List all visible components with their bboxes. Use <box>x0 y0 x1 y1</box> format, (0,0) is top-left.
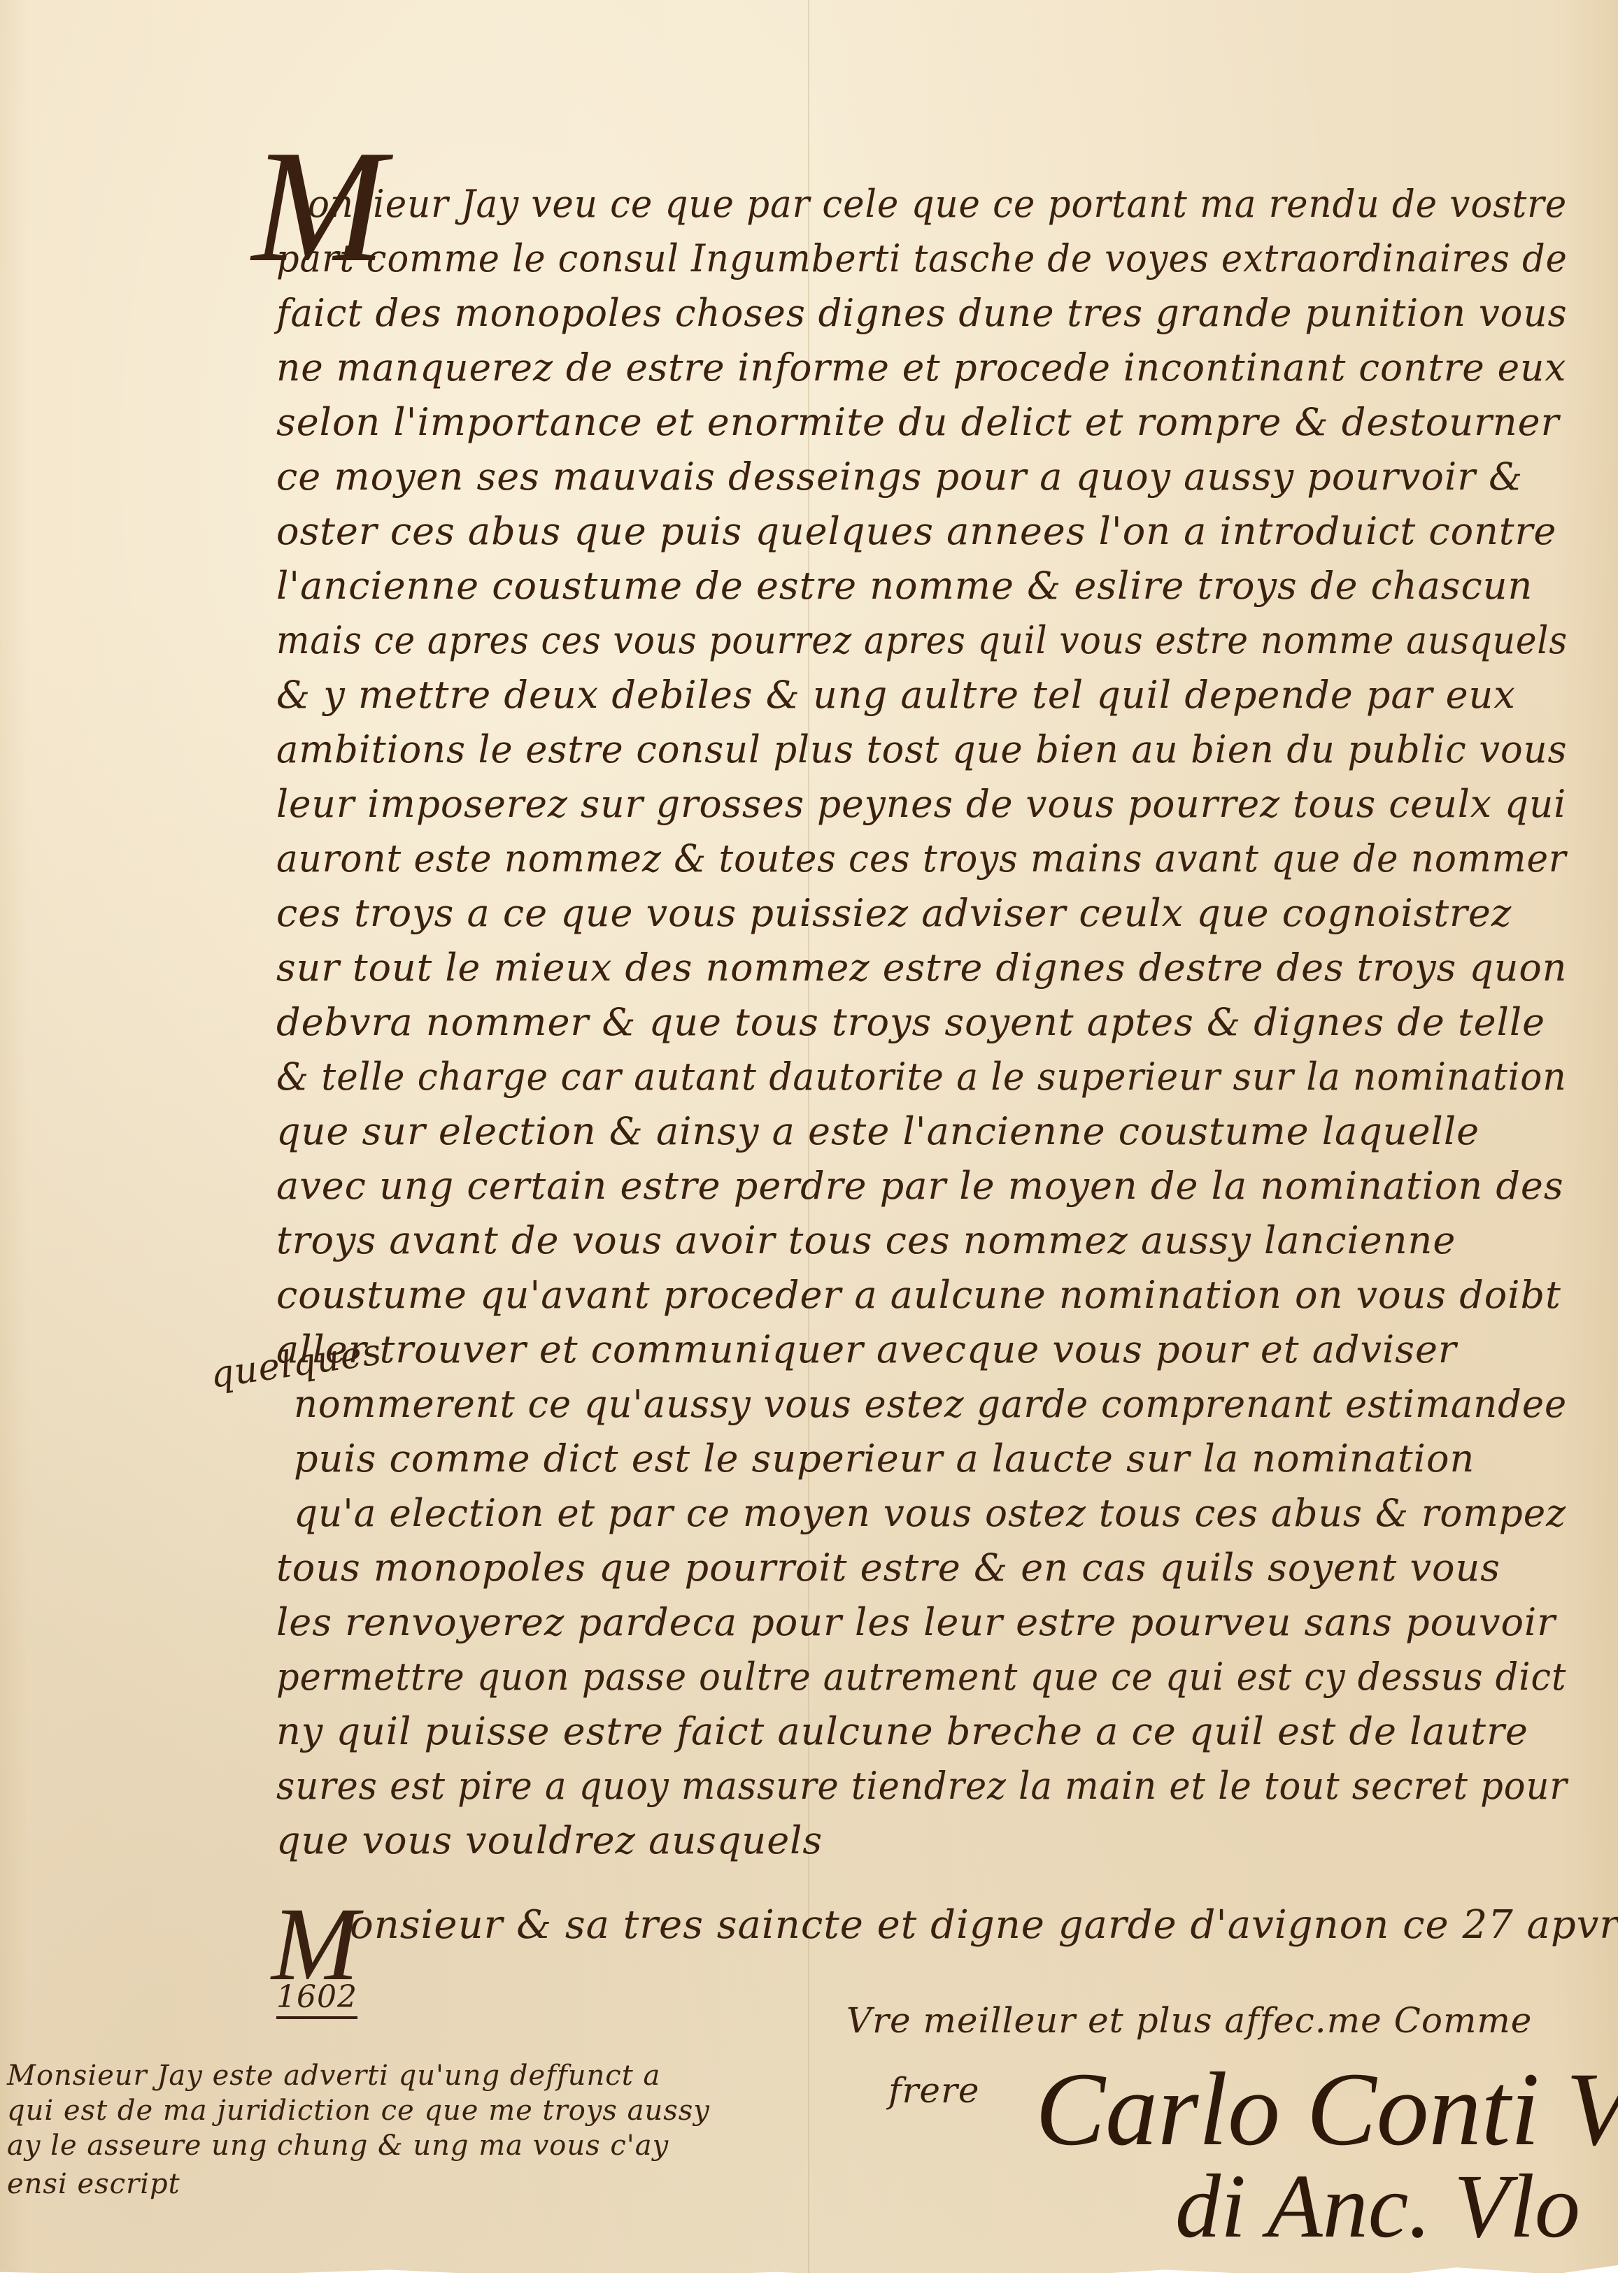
letter-line: & telle charge car autant dautorite a le… <box>276 1055 1567 1099</box>
letter-line: coustume qu'avant proceder a aulcune nom… <box>276 1273 1561 1317</box>
letter-line: leur imposerez sur grosses peynes de vou… <box>276 782 1566 826</box>
letter-line: avec ung certain estre perdre par le moy… <box>276 1164 1564 1208</box>
postscript-line: ay le asseure ung chung & ung ma vous c'… <box>7 2130 669 2162</box>
letter-line: onsieur Jay veu ce que par cele que ce p… <box>308 182 1567 226</box>
letter-line: & y mettre deux debiles & ung aultre tel… <box>276 673 1516 717</box>
letter-line: aller trouver et communiquer avecque vou… <box>276 1327 1457 1371</box>
date-year: 1602 <box>276 1979 357 2019</box>
letter-line: les renvoyerez pardeca pour les leur est… <box>276 1600 1556 1644</box>
letter-line: faict des monopoles choses dignes dune t… <box>276 291 1568 335</box>
letter-line: puis comme dict est le superieur a lauct… <box>294 1436 1475 1481</box>
letter-line: oster ces abus que puis quelques annees … <box>276 509 1556 553</box>
letter-line: que vous vouldrez ausquels <box>276 1818 823 1862</box>
postscript-line: Monsieur Jay este adverti qu'ung deffunc… <box>7 2060 660 2092</box>
letter-line: troys avant de vous avoir tous ces nomme… <box>276 1218 1456 1262</box>
letter-line: debvra nommer & que tous troys soyent ap… <box>276 1000 1545 1044</box>
letter-line: l'ancienne coustume de estre nomme & esl… <box>276 564 1533 608</box>
signature-name: Carlo Conti Vesc. <box>1035 2049 1618 2169</box>
valediction-line: Vre meilleur et plus affec.me Comme <box>846 2000 1532 2041</box>
letter-line: sures est pire a quoy massure tiendrez l… <box>276 1764 1568 1808</box>
letter-line: ambitions le estre consul plus tost que … <box>276 727 1568 771</box>
letter-line: qu'a election et par ce moyen vous ostez… <box>294 1491 1566 1535</box>
letter-line: auront este nommez & toutes ces troys ma… <box>276 836 1566 880</box>
letter-line: ces troys a ce que vous puissiez adviser… <box>276 891 1512 935</box>
letter-line: permettre quon passe oultre autrement qu… <box>276 1655 1566 1699</box>
letter-line: tous monopoles que pourroit estre & en c… <box>276 1546 1500 1590</box>
letter-line: ne manquerez de estre informe et procede… <box>276 345 1566 390</box>
letter-line: nommerent ce qu'aussy vous estez garde c… <box>294 1382 1567 1426</box>
postscript-line: ensi escript <box>7 2168 180 2200</box>
closing-line: onsieur & sa tres saincte et digne garde… <box>350 1902 1618 1948</box>
torn-edge <box>0 2273 1618 2296</box>
letter-line: ce moyen ses mauvais desseings pour a qu… <box>276 455 1523 499</box>
letter-line: selon l'importance et enormite du delict… <box>276 400 1559 444</box>
letter-line: sur tout le mieux des nommez estre digne… <box>276 946 1567 990</box>
letter-line: que sur election & ainsy a este l'ancien… <box>276 1109 1479 1153</box>
postscript-line: qui est de ma juridiction ce que me troy… <box>7 2095 710 2127</box>
letter-line: mais ce apres ces vous pourrez apres qui… <box>276 618 1568 662</box>
letter-line: ny quil puisse estre faict aulcune brech… <box>276 1709 1528 1753</box>
letter-line: part comme le consul Ingumberti tasche d… <box>276 236 1568 280</box>
valediction-line: frere <box>888 2070 980 2111</box>
signature-title: di Anc. Vlo <box>1175 2154 1580 2259</box>
